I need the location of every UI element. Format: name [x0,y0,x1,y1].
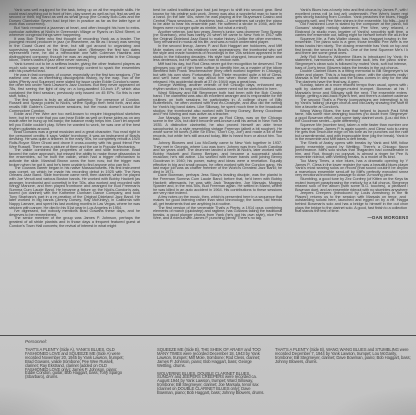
paragraph: Squeeze Me (number two), taken a mite fa… [295,123,408,141]
paragraph: Stumbling, a good tune by Zez Confrey (o… [295,177,408,191]
paragraph: The second That's a Plenty (comparisons … [295,98,408,109]
paragraph: Wang Wang Blues, the tune that helped to… [295,109,408,123]
paragraph: Ward Silloway and Bill Stegmeyer both ha… [153,91,282,116]
paragraph: Yank was well equipped for the task, bei… [9,8,140,26]
paragraph: The valide combined the properties of va… [9,148,140,166]
personnel-column-3: THAT'S A PLENTY (Side B), WANG WANG BLUE… [275,348,413,368]
paragraph: Brad Gowans was a great musician and a g… [9,130,140,148]
paragraph: Johnny Blowers and Lou McGarity came to … [153,141,282,173]
paragraph: The Gowans career began in his native Ma… [9,166,140,209]
horizontal-divider [0,335,416,336]
liner-notes-body: Yank was well equipped for the task, bei… [9,8,408,332]
liner-notes-column-3: Yank's Blues has a lovely intro and firs… [295,8,408,332]
paragraph: best be called traditional jazz had just… [153,8,282,30]
personnel-column-2: SQUEEZE ME (Side B), THE SHEIK OF ARABY … [157,348,265,399]
paragraph: Joe Marsala, born the same year as Rod C… [153,116,282,141]
paragraph: Double Clarinet Blues is a fitting memor… [295,69,408,83]
paragraph: He was in fast company, of course, espec… [9,73,140,98]
paragraph: Jelly Roll Morton's Wolverine Blues is i… [295,55,408,69]
liner-notes-column-1: Yank was well equipped for the task, bei… [9,8,140,332]
paragraph: The first session is truly an all-star g… [9,98,140,112]
paragraph: Squeeze Me, a Fats Waller classic, has H… [295,37,408,55]
paragraph: Sunday, taken at a more relaxed tempo th… [295,83,408,97]
session-credits: SQUEEZE ME (Side B), THE SHEIK OF ARABY … [157,348,265,368]
paragraph: Too Many Times, a nice blues, has a dram… [295,159,408,177]
paragraph: Eddie and Pee Wee are too well-known to … [9,112,140,130]
session-credits: WOLVERINE BLUES, DOUBLE CLARINET BLUES, … [157,372,265,395]
paragraph: Yank's Blues has a lovely intro and firs… [295,8,408,22]
paragraph: It was Bob Thiele who first thought of r… [9,37,140,62]
personnel-heading: Personnel: [25,339,47,344]
paragraph: Jeepers Creepers (introduced by Louis Ar… [295,191,408,213]
paragraph: Dave Bowman, perhaps Jess Stacy's leadin… [153,173,282,195]
paragraph: The senior member of the group was James… [9,216,140,227]
paragraph: Miff had his day, but Rod Cless never go… [153,62,282,84]
session-credits: THAT'S A PLENTY (Side B), WANG WANG BLUE… [275,348,413,364]
session-credits: THAT'S A PLENTY (Side A), YANK'S BLUES, … [25,348,125,379]
personnel-column-1: THAT'S A PLENTY (Side A), YANK'S BLUES, … [25,348,125,383]
liner-notes-column-2: best be called traditional jazz had just… [153,8,282,332]
paragraph: Another veteran, just two years Jimmy's … [153,30,282,44]
liner-notes-page: Yank was well equipped for the task, bei… [0,0,416,415]
paragraph: In the second lineup, James P. and Bob H… [153,44,282,62]
paragraph: Old Fashioned Love is stated by the comp… [295,22,408,36]
author-signature: —DAN MORGENSTERN [295,215,408,220]
paragraph: The Sheik of Araby opens with breaks by … [295,141,408,159]
paragraph: The first version of the venerable That'… [153,206,282,220]
